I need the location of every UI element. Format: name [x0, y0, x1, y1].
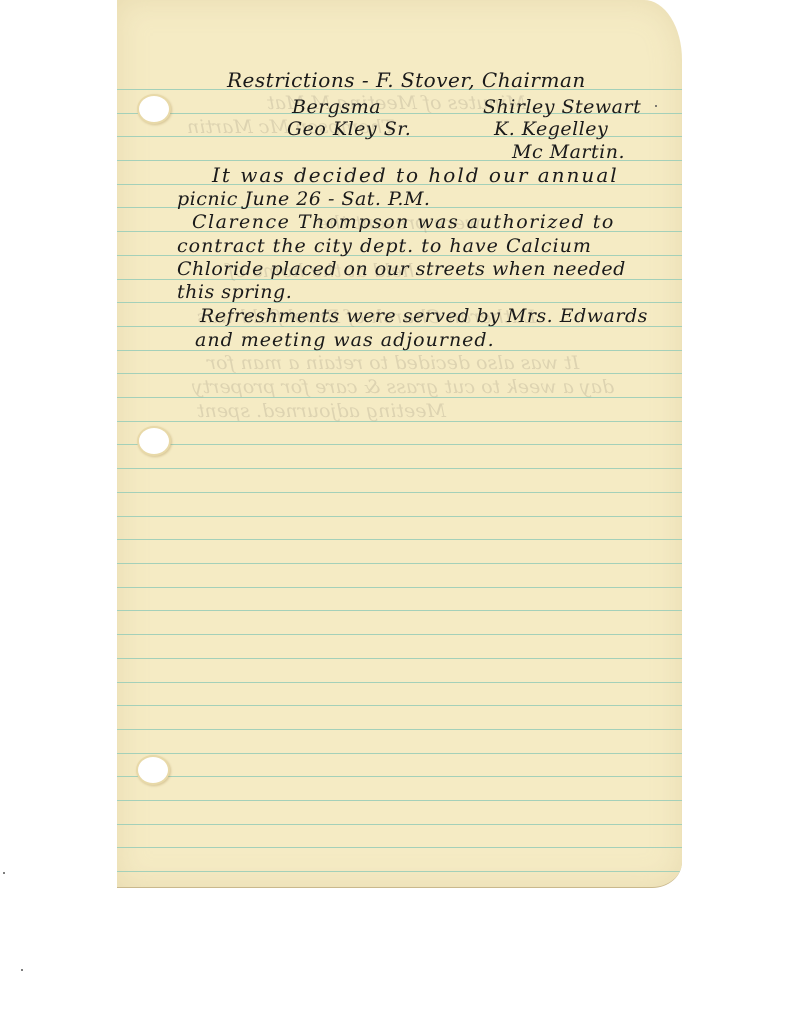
ruled-line — [117, 587, 682, 588]
committee-member: K. Kegelley — [494, 117, 608, 141]
ruled-line — [117, 610, 682, 611]
scanner-speck — [21, 969, 23, 971]
ruled-line — [117, 800, 682, 801]
ruled-line — [117, 847, 682, 848]
minutes-paragraph-calcium: Chloride placed on our streets when need… — [177, 257, 626, 281]
ruled-line — [117, 516, 682, 517]
notebook-page: Minutes of Meeting M.Mat Thompson Mc Mar… — [117, 0, 682, 888]
ruled-line — [117, 634, 682, 635]
committee-member: Mc Martin. — [512, 140, 625, 164]
minutes-paragraph-refreshments: Refreshments were served by Mrs. Edwards — [200, 304, 648, 328]
bleed-through-text: It was also decided to retain a man for — [207, 352, 579, 374]
minutes-paragraph-calcium: this spring. — [177, 280, 292, 304]
minutes-paragraph-refreshments: and meeting was adjourned. — [195, 328, 495, 352]
ruled-line — [117, 539, 682, 540]
scanner-speck — [3, 872, 5, 874]
ruled-line — [117, 705, 682, 706]
minutes-paragraph-calcium: Clarence Thompson was authorized to — [192, 210, 615, 234]
ruled-line — [117, 776, 682, 777]
ruled-line — [117, 492, 682, 493]
punch-hole-middle — [139, 428, 169, 454]
ruled-line — [117, 658, 682, 659]
ruled-line — [117, 682, 682, 683]
committee-member: Bergsma — [292, 95, 381, 119]
ruled-line — [117, 871, 682, 872]
ruled-line — [117, 824, 682, 825]
ruled-line — [117, 468, 682, 469]
ink-dot — [655, 105, 657, 107]
minutes-paragraph-picnic: picnic June 26 - Sat. P.M. — [177, 187, 430, 211]
ruled-line — [117, 729, 682, 730]
punch-hole-top — [139, 96, 169, 122]
ruled-line — [117, 444, 682, 445]
bleed-through-text: day a week to cut grass & care for prope… — [192, 376, 614, 398]
committee-heading: Restrictions - F. Stover, Chairman — [227, 68, 586, 92]
bleed-through-text: Meeting adjourned. spent — [197, 400, 446, 422]
minutes-paragraph-picnic: It was decided to hold our annual — [212, 163, 619, 187]
committee-member: Geo Kley Sr. — [287, 117, 411, 141]
minutes-paragraph-calcium: contract the city dept. to have Calcium — [177, 234, 592, 258]
committee-member: Shirley Stewart — [483, 95, 641, 119]
ruled-line — [117, 563, 682, 564]
punch-hole-bottom — [138, 757, 168, 783]
ruled-line — [117, 753, 682, 754]
